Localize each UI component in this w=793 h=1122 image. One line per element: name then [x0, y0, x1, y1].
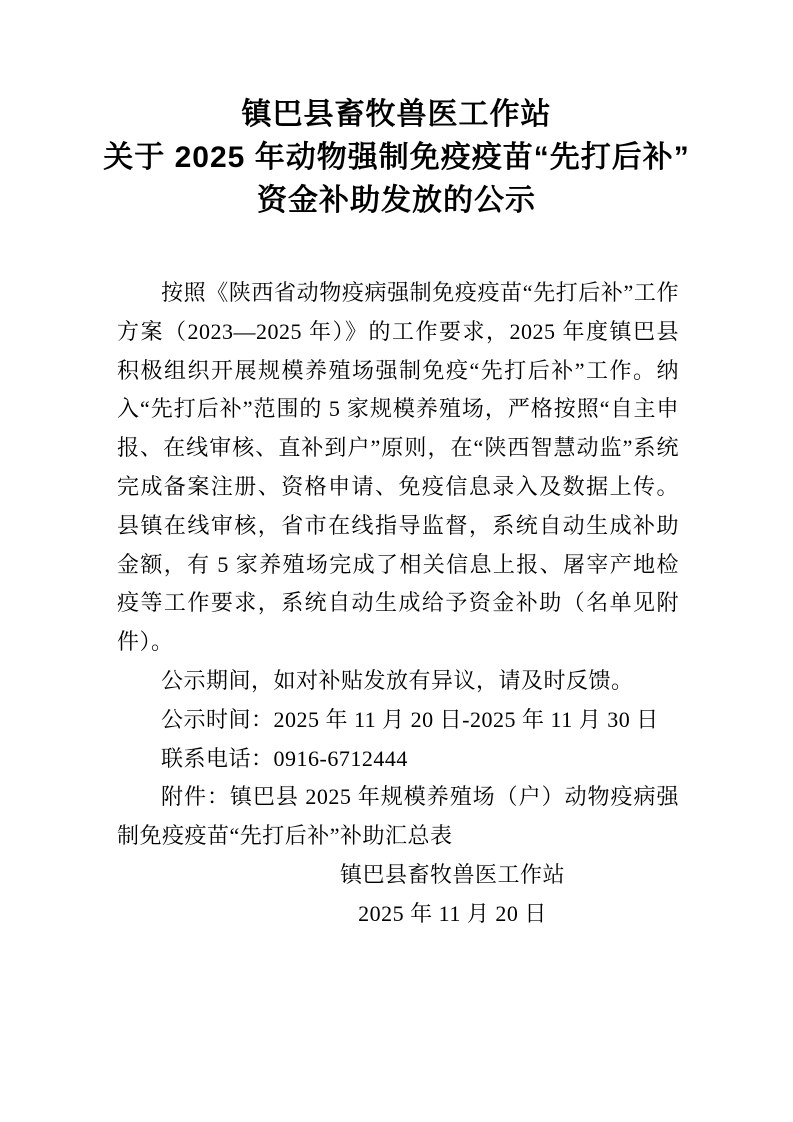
- paragraph-feedback: 公示期间，如对补贴发放有异议，请及时反馈。: [117, 662, 679, 701]
- title-line-type: 资金补助发放的公示: [0, 179, 793, 222]
- signature-block: 镇巴县畜牧兽医工作站 2025 年 11 月 20 日: [0, 856, 793, 934]
- title-line-org: 镇巴县畜牧兽医工作站: [0, 93, 793, 136]
- document-body: 按照《陕西省动物疫病强制免疫疫苗“先打后补”工作方案（2023—2025 年）》…: [117, 274, 679, 856]
- document-title: 镇巴县畜牧兽医工作站 关于 2025 年动物强制免疫疫苗“先打后补” 资金补助发…: [0, 0, 793, 222]
- paragraph-attachment: 附件：镇巴县 2025 年规模养殖场（户）动物疫病强制免疫疫苗“先打后补”补助汇…: [117, 778, 679, 856]
- title-line-subject: 关于 2025 年动物强制免疫疫苗“先打后补”: [0, 136, 793, 179]
- paragraph-publicity-period: 公示时间：2025 年 11 月 20 日-2025 年 11 月 30 日: [117, 701, 679, 740]
- signature-date: 2025 年 11 月 20 日: [112, 895, 793, 934]
- paragraph-main: 按照《陕西省动物疫病强制免疫疫苗“先打后补”工作方案（2023—2025 年）》…: [117, 274, 679, 662]
- paragraph-contact-phone: 联系电话：0916-6712444: [117, 740, 679, 779]
- document-page: 镇巴县畜牧兽医工作站 关于 2025 年动物强制免疫疫苗“先打后补” 资金补助发…: [0, 0, 793, 1122]
- signature-org: 镇巴县畜牧兽医工作站: [112, 856, 793, 895]
